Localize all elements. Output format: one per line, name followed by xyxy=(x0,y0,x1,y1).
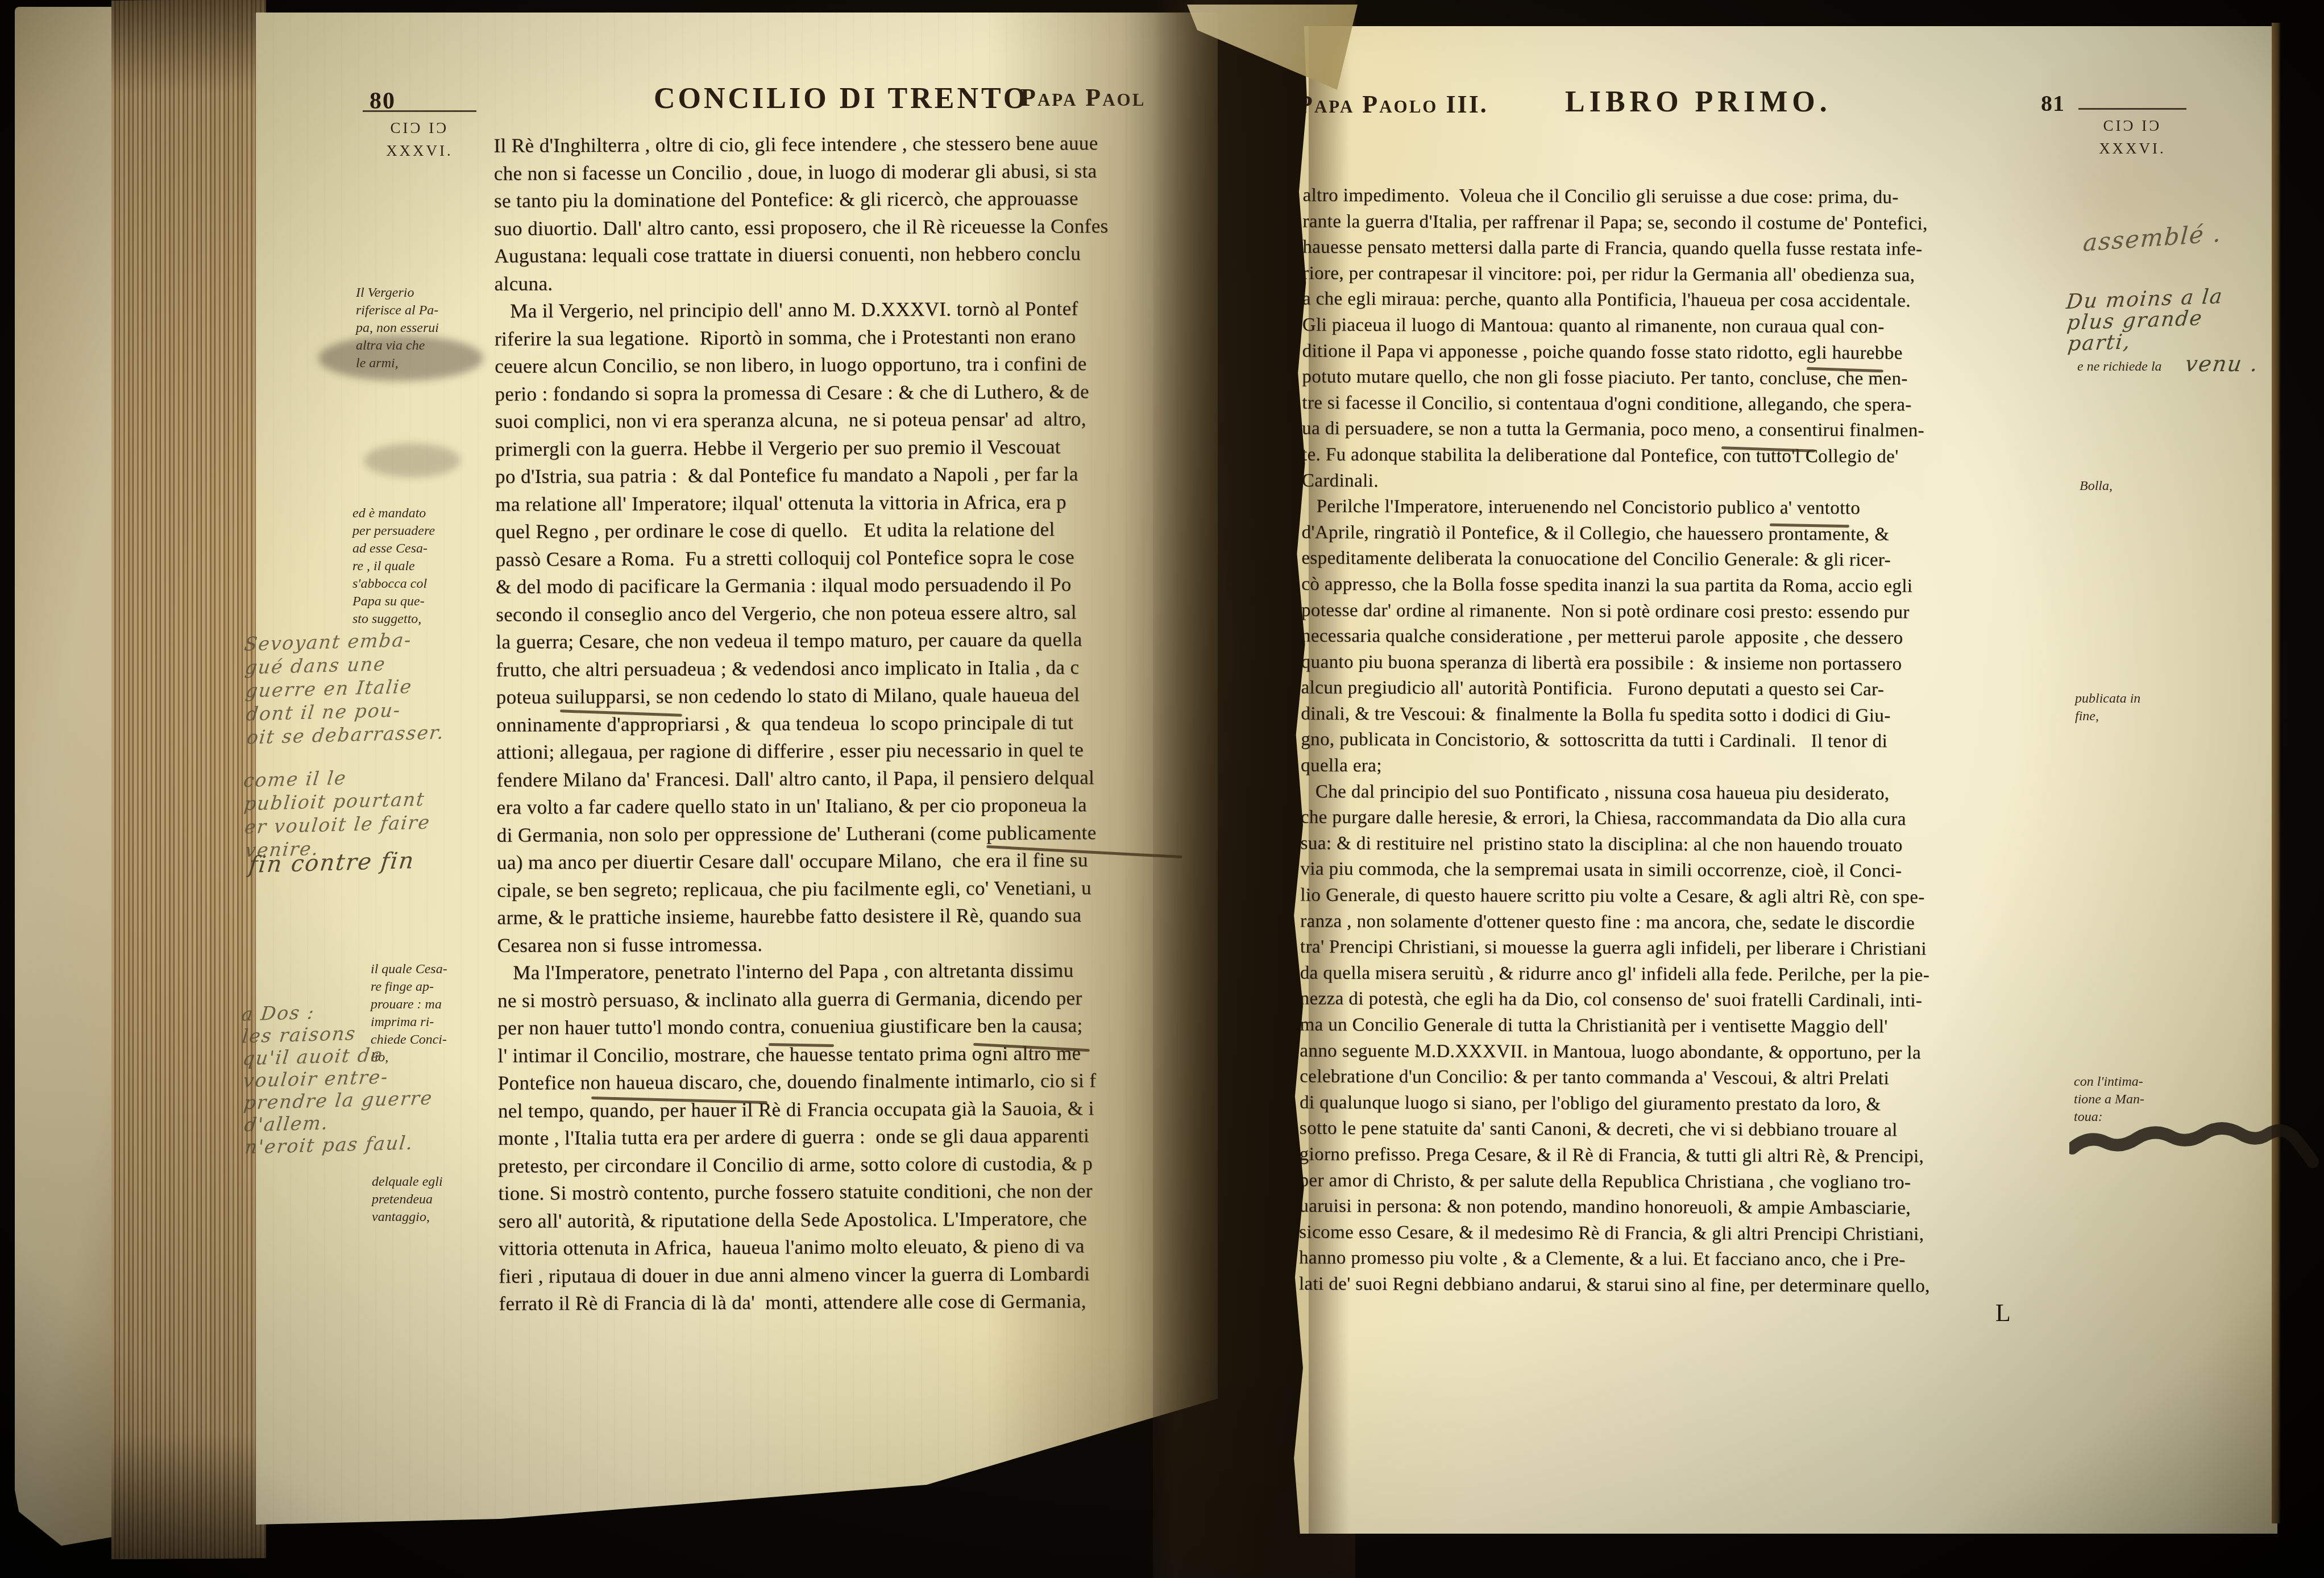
text-line: anno seguente M.D.XXXVII. in Mantoua, lu… xyxy=(1300,1038,2080,1066)
text-line: ceuere alcun Concilio, se non libero, in… xyxy=(495,350,1204,380)
margin-note-line: ad esse Cesa- xyxy=(352,540,435,558)
handwritten-note-french-2: come il lepublioit pourtanter vouloit le… xyxy=(243,764,431,862)
text-line: Il Rè d'Inghilterra , oltre di cio, gli … xyxy=(493,129,1203,160)
text-line: celebratione d'un Concilio: & per tanto … xyxy=(1300,1064,2080,1093)
right-running-title: LIBRO PRIMO. xyxy=(1565,85,1832,119)
text-line: vittoria ottenuta in Africa, haueua l'an… xyxy=(499,1232,1208,1263)
ink-smudge xyxy=(2069,1114,2319,1177)
book-photograph: 80 CONCILIO DI TRENTO Papa Paol CIƆ IƆ X… xyxy=(0,0,2324,1578)
ink-smudge xyxy=(364,443,460,477)
text-line: ua) ma anco per diuertir Cesare dall' oc… xyxy=(497,846,1206,877)
margin-note-line: pa, non esserui xyxy=(356,319,439,337)
text-line: Perilche l'Imperatore, interuenendo nel … xyxy=(1302,494,2082,522)
margin-note-line: il quale Cesa- xyxy=(371,961,447,978)
handwritten-note-french-3: fin contre fin xyxy=(249,849,415,877)
text-line: via piu commoda, che la sempremai usata … xyxy=(1300,857,2080,885)
text-line: ma relatione all' Imperatore; ilqual' ot… xyxy=(495,488,1205,518)
text-line: arme, & le prattiche insieme, haurebbe f… xyxy=(497,901,1206,932)
text-line: Cesarea non si fusse intromessa. xyxy=(497,929,1207,960)
text-line: uaruisi in persona: & non potendo, mandi… xyxy=(1299,1194,2079,1222)
text-line: passò Cesare a Roma. Fu a stretti colloq… xyxy=(496,543,1205,574)
margin-note-line: sto suggetto, xyxy=(352,611,435,628)
text-line: tra' Prencipi Christiani, si mouesse la … xyxy=(1300,935,2080,963)
text-line: fendere Milano da' Francesi. Dall' altro… xyxy=(496,763,1206,794)
text-line: sotto le pene statuite da' santi Canoni,… xyxy=(1300,1116,2080,1144)
text-line: la guerra; Cesare, che non vedeua il tem… xyxy=(496,625,1205,656)
text-line: se tanto piu la dominatione del Pontefic… xyxy=(494,184,1203,215)
text-line: quella era; xyxy=(1301,753,2081,782)
text-line: po d'Istria, sua patria : & dal Pontefic… xyxy=(495,460,1205,491)
text-line: nezza di potestà, che egli ha da Dio, co… xyxy=(1300,986,2080,1015)
margin-note-vantaggio: delquale eglipretendeuavantaggio, xyxy=(372,1173,443,1226)
text-line: Cardinali. xyxy=(1302,468,2082,496)
handwritten-note-dumoins: Du moins a laplus grandeparti, xyxy=(2066,286,2225,355)
text-line: era volto a far cadere quello stato in u… xyxy=(496,791,1206,821)
text-line: riore, per contrapesar il vincitore: poi… xyxy=(1302,260,2082,289)
text-line: necessaria qualche consideratione , per … xyxy=(1301,624,2081,652)
text-line: & del modo di pacificare la Germania : i… xyxy=(496,570,1205,601)
right-margin-date: CIƆ IƆ XXXVI. xyxy=(2078,108,2186,160)
text-line: alcun pregiudicio all' autorità Pontific… xyxy=(1301,675,2081,704)
margin-date-line: CIƆ IƆ xyxy=(363,117,476,139)
handwritten-note-assemble: assemblé . xyxy=(2082,219,2223,257)
text-line: ne si mostrò persuaso, & inclinato alla … xyxy=(497,984,1207,1015)
text-line: che non si facesse un Concilio , doue, i… xyxy=(494,157,1203,188)
margin-note-mandato: ed è mandatoper persuaderead esse Cesa-r… xyxy=(352,505,435,628)
margin-note-line: e ne richiede la xyxy=(2077,358,2162,376)
text-line: da quella misera seruitù , & ridurre anc… xyxy=(1300,960,2080,989)
text-line: fieri , riputaua di douer in due anni al… xyxy=(499,1260,1208,1290)
handwritten-note-venu: venu . xyxy=(2185,351,2259,376)
text-line: suo diuortio. Dall' altro canto, essi pr… xyxy=(494,212,1203,243)
text-line: espeditamente deliberata la conuocatione… xyxy=(1301,546,2081,574)
right-running-left: Papa Paolo III. xyxy=(1297,90,1488,119)
text-line: quanto piu buona speranza di libertà era… xyxy=(1301,649,2081,678)
text-line: quel Regno , per ordinare le cose di que… xyxy=(495,515,1205,546)
signature-mark: L xyxy=(1995,1298,2011,1327)
text-line: sua: & di restituire nel pristino stato … xyxy=(1300,830,2080,859)
right-page: Papa Paolo III. LIBRO PRIMO. 81 CIƆ IƆ X… xyxy=(1278,26,2277,1534)
text-line: perio : fondando si sopra la promessa di… xyxy=(495,377,1204,408)
margin-note-line: pretendeua xyxy=(372,1191,443,1209)
page-edge-stack xyxy=(111,0,266,1559)
margin-rule xyxy=(2078,108,2186,110)
handwriting-line: venu . xyxy=(2184,351,2260,376)
text-line: monte , l'Italia tutta era per ardere di… xyxy=(498,1122,1207,1152)
text-line: rante la guerra d'Italia, per raffrenar … xyxy=(1302,209,2082,237)
text-line: ua di persuadere, se non a tutta la Germ… xyxy=(1302,416,2082,445)
text-line: riferire la sua legatione. Riportò in so… xyxy=(495,322,1204,353)
text-line: potuto mutare quello, che non gli fosse … xyxy=(1302,364,2082,393)
margin-note-line: riferisce al Pa- xyxy=(356,302,439,319)
text-line: giorno prefisso. Prega Cesare, & il Rè d… xyxy=(1300,1142,2080,1170)
text-line: hanno promesso piu volte , & a Clemente,… xyxy=(1299,1245,2079,1274)
margin-note-line: s'abbocca col xyxy=(352,575,435,593)
text-line: di qualunque luogo si siano, per l'oblig… xyxy=(1300,1090,2080,1118)
text-line: lio Generale, di questo hauere scritto p… xyxy=(1300,883,2080,911)
text-line: alcuna. xyxy=(494,267,1203,298)
text-line: sicome esso Cesare, & il medesimo Rè di … xyxy=(1299,1219,2079,1248)
text-line: ranza , non solamente d'ottener questo f… xyxy=(1300,908,2080,937)
text-line: attioni; allegaua, per ragione di differ… xyxy=(496,736,1206,766)
left-body-text: Il Rè d'Inghilterra , oltre di cio, gli … xyxy=(493,129,1208,1337)
text-line: altro impedimento. Voleua che il Concili… xyxy=(1302,183,2082,211)
text-line: ferrato il Rè di Francia di là da' monti… xyxy=(499,1287,1208,1318)
text-line: te. Fu adonque stabilita la deliberation… xyxy=(1302,442,2082,471)
margin-note-line: con l'intima- xyxy=(2074,1073,2144,1091)
margin-note-line: fine, xyxy=(2075,708,2140,725)
margin-note-line: vantaggio, xyxy=(372,1209,443,1226)
margin-note-line: delquale egli xyxy=(372,1173,443,1191)
right-body-text: altro impedimento. Voleua che il Concili… xyxy=(1298,183,2082,1357)
text-line: poteua suilupparsi, se non cedendo lo st… xyxy=(496,680,1206,711)
text-line: potesse dar' ordine al rimanente. Non si… xyxy=(1301,597,2081,626)
margin-date-line: CIƆ IƆ xyxy=(2078,114,2186,137)
handwriting-line: fin contre fin xyxy=(248,849,416,877)
margin-note-line: tione a Man- xyxy=(2074,1091,2144,1108)
left-running-fragment: Papa Paol xyxy=(1020,83,1146,112)
text-line: primergli con la guerra. Hebbe il Verger… xyxy=(495,433,1205,463)
text-line: Augustana: lequali cose trattate in diue… xyxy=(494,239,1203,270)
text-line: sero all' autorità, & riputatione della … xyxy=(499,1205,1208,1235)
text-line: per non hauer tutto'l mondo contra, conu… xyxy=(497,1011,1207,1042)
text-line: l' intimar il Concilio, mostrare, che ha… xyxy=(497,1039,1207,1070)
ink-smudge xyxy=(318,335,483,381)
handwritten-note-french-1: Sevoyant emba-gué dans uneguerre en Ital… xyxy=(244,627,445,749)
text-line: a che egli miraua: perche, quanto alla P… xyxy=(1302,286,2082,315)
margin-date-line: XXXVI. xyxy=(363,139,476,162)
margin-note-line: re , il quale xyxy=(352,558,435,575)
text-line: cipale, se ben segreto; replicaua, che p… xyxy=(497,874,1206,904)
text-line: d'Aprile, ringratiò il Pontefice, & il C… xyxy=(1301,520,2081,548)
text-line: Ma il Vergerio, nel principio dell' anno… xyxy=(495,294,1204,325)
text-line: frutto, che altri persuadeua ; & vedendo… xyxy=(496,653,1205,684)
text-line: secondo il conseglio anco del Vergerio, … xyxy=(496,598,1205,629)
left-running-title: CONCILIO DI TRENTO xyxy=(654,82,1029,115)
margin-note-line: Papa su que- xyxy=(352,593,435,611)
handwriting-line: assemblé . xyxy=(2082,219,2223,256)
margin-note-line: per persuadere xyxy=(352,522,435,540)
text-line: per amor di Christo, & per salute della … xyxy=(1299,1168,2079,1196)
text-line: hauesse pensato mettersi dalla parte di … xyxy=(1302,235,2082,263)
text-line: suoi complici, non vi era speranza alcun… xyxy=(495,405,1204,435)
text-line: Ma l'Imperatore, penetrato l'interno del… xyxy=(497,956,1207,987)
left-margin-date: CIƆ IƆ XXXVI. xyxy=(363,110,476,162)
text-line: pretesto, per circondare il Concilio di … xyxy=(498,1149,1207,1180)
margin-note-line: ed è mandato xyxy=(352,505,435,522)
margin-note-publicata: publicata infine, xyxy=(2075,690,2140,725)
right-page-number: 81 xyxy=(2041,90,2065,117)
text-line: tre si facesse il Concilio, si contentau… xyxy=(1302,390,2082,418)
margin-note-richiede: e ne richiede la xyxy=(2077,358,2162,376)
text-line: tione. Si mostrò contento, purche fosser… xyxy=(498,1177,1207,1207)
text-line: cò appresso, che la Bolla fosse spedita … xyxy=(1301,572,2081,600)
text-line: di Germania, non solo per oppressione de… xyxy=(497,819,1206,849)
text-line: Pontefice non haueua discaro, che, douen… xyxy=(498,1066,1207,1097)
handwriting-line: parti, xyxy=(2066,328,2226,355)
text-line: Gli piaceua il luogo di Mantoua: quanto … xyxy=(1302,313,2082,341)
right-page-outer-edge xyxy=(2272,23,2281,1523)
margin-note-line: Bolla, xyxy=(2080,477,2113,495)
text-line: ditione il Papa vi apponesse , poiche qu… xyxy=(1302,338,2082,367)
blank-flyleaf-edge xyxy=(15,7,116,1552)
margin-date-line: XXXVI. xyxy=(2078,137,2186,160)
margin-rule xyxy=(363,110,476,112)
margin-note-line: publicata in xyxy=(2075,690,2140,708)
text-line: Che dal principio del suo Pontificato , … xyxy=(1301,779,2081,807)
text-line: ma un Concilio Generale di tutta la Chri… xyxy=(1300,1012,2080,1041)
text-line: lati de' suoi Regni debbiano andarui, & … xyxy=(1299,1272,2079,1300)
handwritten-note-french-4: a Dos :les raisonsqu'il auoit devouloir … xyxy=(241,998,434,1158)
margin-note-line: Il Vergerio xyxy=(356,284,439,302)
text-line: dinali, & tre Vescoui: & finalmente la B… xyxy=(1301,701,2081,729)
margin-note-line: re finge ap- xyxy=(371,978,447,996)
text-line: gno, publicata in Concistorio, & sottosc… xyxy=(1301,727,2081,755)
text-line: che purgare dalle heresie, & errori, la … xyxy=(1301,805,2081,833)
margin-note-bolla: Bolla, xyxy=(2080,477,2113,495)
